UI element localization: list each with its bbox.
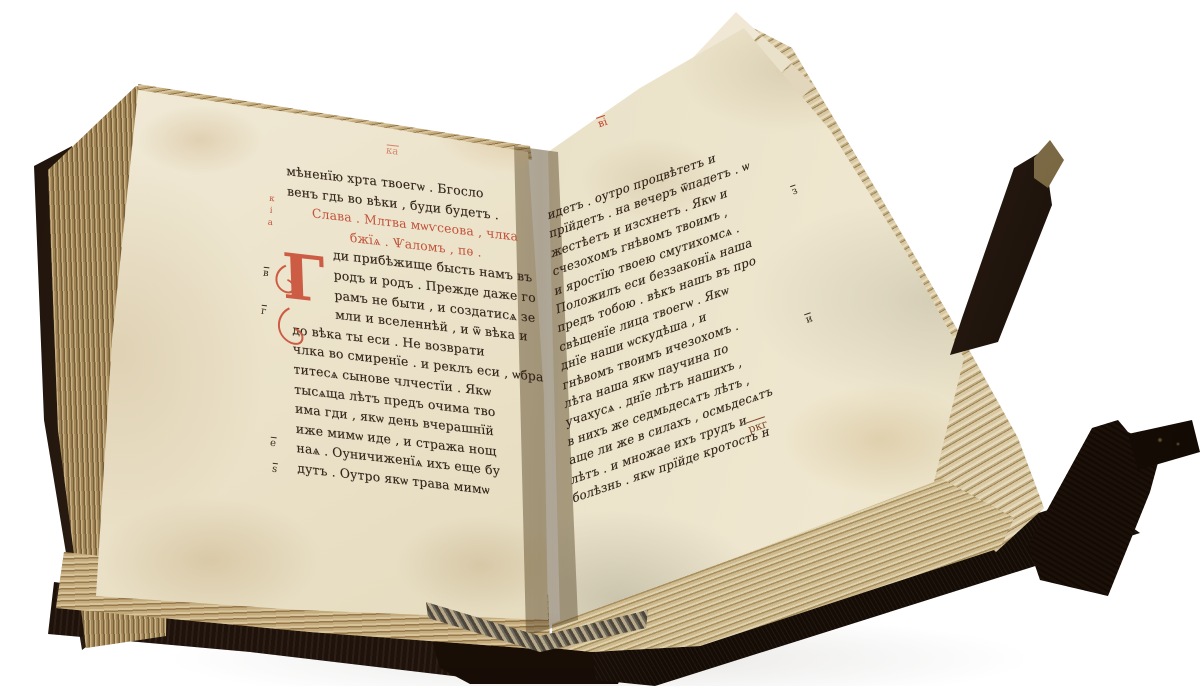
photo-scene: Г мѣненїю хрта твоегѡ . Бгословенъ гдь в… [0,0,1200,686]
margin-verse-number: е [269,438,276,450]
right-kathisma-number: ві [596,116,609,130]
right-page-text: идетъ . оутро процвѣтетъ ипрїйдетъ . на … [547,117,833,509]
margin-verse-number: г [260,306,267,318]
margin-verse-number: в [262,268,269,280]
left-page-lines: мѣненїю хрта твоегѡ . Бгословенъ гдь во … [286,161,552,507]
initial-flourish-icon [272,254,321,350]
margin-verse-number: ѕ [271,464,277,476]
margin-rubric: кіа [265,194,277,231]
right-page-lines: идетъ . оутро процвѣтетъ ипрїйдетъ . на … [547,117,833,509]
left-page-text: Г мѣненїю хрта твоегѡ . Бгословенъ гдь в… [286,161,552,507]
left-kathisma-number: ка [385,145,398,157]
ornamental-initial: Г [281,241,326,317]
